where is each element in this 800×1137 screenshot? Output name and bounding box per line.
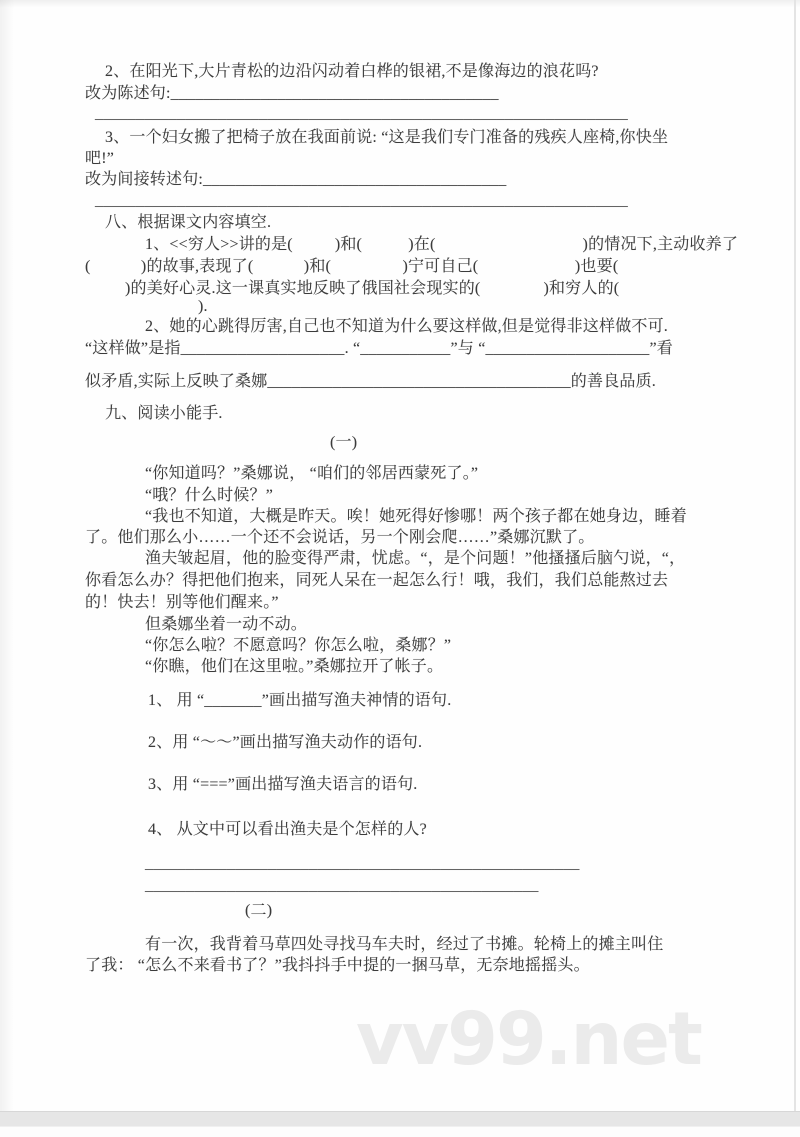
reading-question-1: 1、 用 “_______”画出描写渔夫神情的语句.	[148, 691, 451, 711]
page-edge-shadow-left	[0, 0, 14, 1111]
question-3-text-line2: 吧!”	[85, 149, 114, 169]
fill-blank-2-line3: 似矛盾,实际上反映了桑娜____________________________…	[85, 372, 656, 392]
passage-1-line4: 了。他们那么小……一个还不会说话，另一个刚会爬……”桑娜沉默了。	[85, 528, 595, 548]
reading-question-4: 4、 从文中可以看出渔夫是个怎样的人?	[148, 820, 427, 840]
watermark: vv99.net	[356, 997, 701, 1082]
passage-1-line9: “你怎么啦？不愿意吗？你怎么啦，桑娜？”	[145, 636, 451, 656]
fill-blank-1-line1: 1、<<穷人>>讲的是( )和( )在( )的情况下,主动收养了	[145, 235, 738, 255]
question-2-text: 2、在阳光下,大片青松的边沿闪动着白桦的银裙,不是像海边的浪花吗?	[105, 62, 599, 82]
fill-blank-2-line1: 2、她的心跳得厉害,自己也不知道为什么要这样做,但是觉得非这样做不可.	[145, 317, 668, 337]
section-8-heading: 八、根据课文内容填空.	[105, 213, 271, 233]
passage-1-line8: 但桑娜坐着一动不动。	[145, 615, 307, 635]
passage-2-line2: 了我： “怎么不来看书了？”我抖抖手中提的一捆马草，无奈地摇摇头。	[85, 956, 590, 976]
page-separator-bar	[0, 1111, 800, 1127]
passage-1-line7: 的！快去！别等他们醒来。”	[85, 593, 279, 613]
passage-1-line1: “你知道吗？”桑娜说， “咱们的邻居西蒙死了。”	[145, 464, 478, 484]
passage-1-title: (一)	[330, 433, 357, 453]
page-edge-line-right	[794, 0, 796, 1111]
passage-2-line1: 有一次，我背着马草四处寻找马车夫时，经过了书摊。轮椅上的摊主叫住	[145, 935, 663, 955]
answer-blank-line: ________________________________________…	[95, 104, 628, 124]
fill-blank-2-line2: “这样做”是指____________________. “__________…	[85, 339, 673, 359]
passage-2-title: (二)	[245, 901, 272, 921]
passage-1-line6: 你看怎么办？得把他们抱来，同死人呆在一起怎么行！哦，我们，我们总能熬过去	[85, 571, 668, 591]
fill-blank-1-line2: ( )的故事,表现了( )和( )宁可自己( )也要(	[85, 257, 618, 277]
page-edge-shadow-top	[0, 0, 800, 8]
passage-1-line5: 渔夫皱起眉，他的脸变得严肃，忧虑。“，是个问题！”他搔搔后脑勺说，“，	[145, 549, 685, 569]
passage-1-line2: “哦？什么时候？”	[145, 486, 273, 506]
passage-1-line3: “我也不知道，大概是昨天。唉！她死得好惨哪！两个孩子都在她身边，睡着	[145, 507, 687, 527]
document-page: 2、在阳光下,大片青松的边沿闪动着白桦的银裙,不是像海边的浪花吗? 改为陈述句:…	[0, 0, 800, 1111]
question-2-rewrite-prompt: 改为陈述句:__________________________________…	[85, 84, 499, 104]
reading-question-3: 3、用 “===”画出描写渔夫语言的语句.	[148, 775, 417, 795]
fill-blank-1-line4: ).	[198, 297, 208, 317]
question-3-text-line1: 3、一个妇女搬了把椅子放在我面前说: “这是我们专门准备的残疾人座椅,你快坐	[105, 128, 668, 148]
section-9-heading: 九、阅读小能手.	[105, 404, 223, 424]
question-3-rewrite-prompt: 改为间接转述句:________________________________…	[85, 170, 506, 190]
fill-blank-1-line3: )的美好心灵.这一课真实地反映了俄国社会现实的( )和穷人的(	[125, 279, 619, 299]
answer-blank-line: ________________________________________…	[145, 854, 580, 874]
answer-blank-line: ________________________________________…	[145, 876, 539, 896]
reading-question-2: 2、用 “～～”画出描写渔夫动作的语句.	[148, 733, 422, 753]
answer-blank-line: ________________________________________…	[95, 191, 628, 211]
passage-1-line10: “你瞧，他们在这里啦。”桑娜拉开了帐子。	[145, 657, 443, 677]
